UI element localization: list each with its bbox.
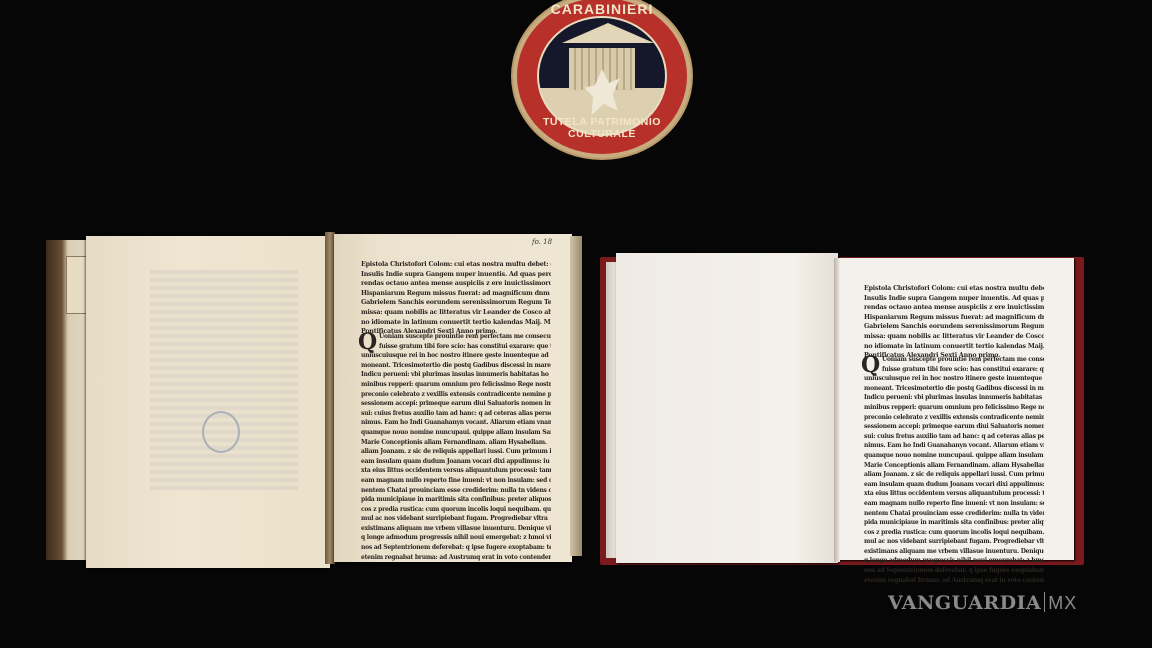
emblem-bottom-text: TUTELA PATRIMONIO CULTURALE	[519, 116, 685, 140]
original-book-page-edge	[570, 236, 582, 556]
library-stamp-icon	[202, 411, 240, 453]
letter-heading: Epistola Christofori Colom: cui etas nos…	[864, 284, 1044, 361]
original-book-right-page: fo. 18 Epistola Christofori Colom: cui e…	[334, 234, 572, 562]
emblem-top-text: CARABINIERI	[513, 1, 691, 17]
watermark-separator	[1044, 592, 1045, 612]
vanguardia-watermark: VANGUARDIAMX	[888, 592, 1077, 614]
letter-body: Uoniam suscepte prouintie rem perfectam …	[864, 355, 1044, 585]
carabinieri-emblem: CARABINIERI TUTELA PATRIMONIO CULTURALE	[513, 0, 691, 158]
show-through-text	[150, 270, 298, 490]
facsimile-gutter	[834, 258, 840, 562]
watermark-suffix: MX	[1048, 593, 1077, 613]
watermark-brand: VANGUARDIA	[888, 592, 1041, 614]
facsimile-right-page: Epistola Christofori Colom: cui etas nos…	[838, 258, 1074, 560]
folio-mark: fo. 18	[532, 238, 552, 246]
facsimile-left-page	[616, 253, 838, 563]
temple-pediment-icon	[562, 23, 654, 43]
letter-heading: Epistola Christofori Colom: cui etas nos…	[361, 260, 551, 337]
letter-body: Uoniam suscepte prouintie rem perfectam …	[361, 332, 551, 562]
